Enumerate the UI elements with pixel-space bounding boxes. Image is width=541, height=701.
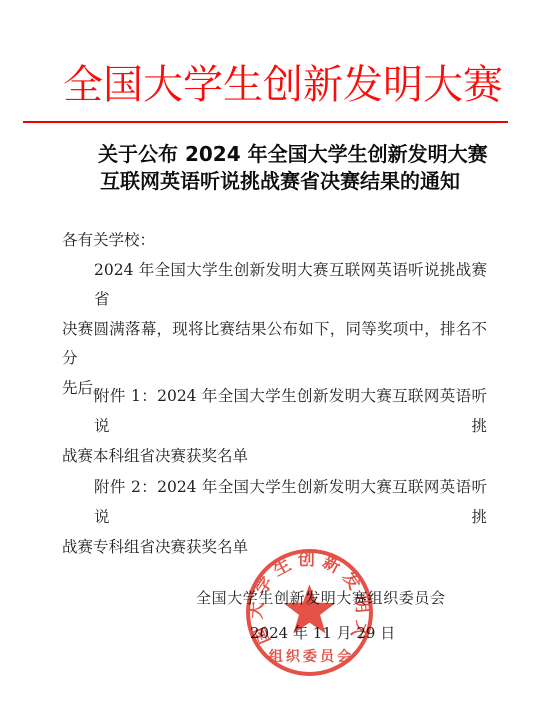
document-title-line2: 互联网英语听说挑战赛省决赛结果的通知 [100,169,460,193]
body-text: 各有关学校： 2024 年全国大学生创新发明大赛互联网英语听说挑战赛省 决赛圆满… [62,226,487,404]
document-page: 全国大学生创新发明大赛 关于公布 2024 年全国大学生创新发明大赛 互联网英语… [0,0,541,701]
seal-bottom-text: 组织委员会 [269,648,355,665]
seal-star-icon [284,584,336,633]
attachment-1-line: 战赛本科组省决赛获奖名单 [62,441,487,471]
letterhead-rule [23,121,508,123]
document-title-line1: 关于公布 2024 年全国大学生创新发明大赛 [98,142,488,166]
attachments-list: 附件 1：2024 年全国大学生创新发明大赛互联网英语听说挑 战赛本科组省决赛获… [62,381,487,562]
attachment-2-line: 附件 2：2024 年全国大学生创新发明大赛互联网英语听说挑 [62,472,487,532]
salutation: 各有关学校： [62,226,487,256]
official-seal: 全国大学生创新发明大赛 组织委员会 [243,546,376,679]
attachment-1-line: 附件 1：2024 年全国大学生创新发明大赛互联网英语听说挑 [62,381,487,441]
paragraph-line: 决赛圆满落幕，现将比赛结果公布如下，同等奖项中，排名不分 [62,315,487,374]
letterhead-title: 全国大学生创新发明大赛 [63,63,503,107]
paragraph-line: 2024 年全国大学生创新发明大赛互联网英语听说挑战赛省 [62,256,487,315]
